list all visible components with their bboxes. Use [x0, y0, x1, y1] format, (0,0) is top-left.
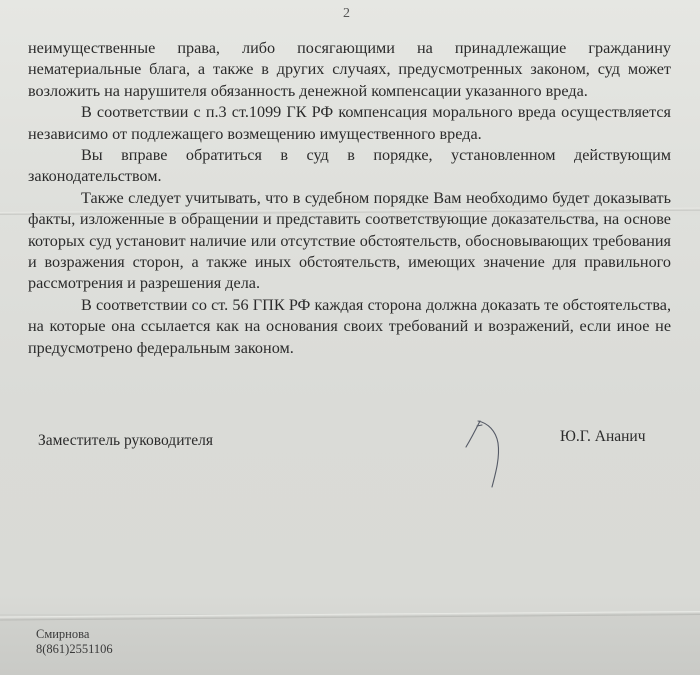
paragraph-evidence: Также следует учитывать, что в судебном …	[28, 188, 671, 295]
handwritten-signature-icon	[458, 417, 518, 497]
signature-block: Заместитель руководителя Ю.Г. Ананич	[38, 432, 678, 512]
paragraph-article-56: В соответствии со ст. 56 ГПК РФ каждая с…	[28, 295, 671, 359]
executor-phone: 8(861)2551106	[36, 642, 113, 657]
page-number: 2	[343, 6, 350, 22]
paragraph-article-1099: В соответствии с п.3 ст.1099 ГК РФ компе…	[28, 102, 671, 145]
executor-name: Смирнова	[36, 627, 113, 642]
executor-footer: Смирнова 8(861)2551106	[36, 627, 113, 657]
paragraph-right-to-court: Вы вправе обратиться в суд в порядке, ус…	[28, 145, 671, 188]
signer-name: Ю.Г. Ананич	[560, 428, 646, 446]
letter-body: неимущественные права, либо посягающими …	[28, 38, 671, 359]
paragraph-continuation: неимущественные права, либо посягающими …	[28, 38, 671, 102]
document-page: 2 неимущественные права, либо посягающим…	[0, 0, 700, 675]
signer-position: Заместитель руководителя	[38, 432, 213, 450]
